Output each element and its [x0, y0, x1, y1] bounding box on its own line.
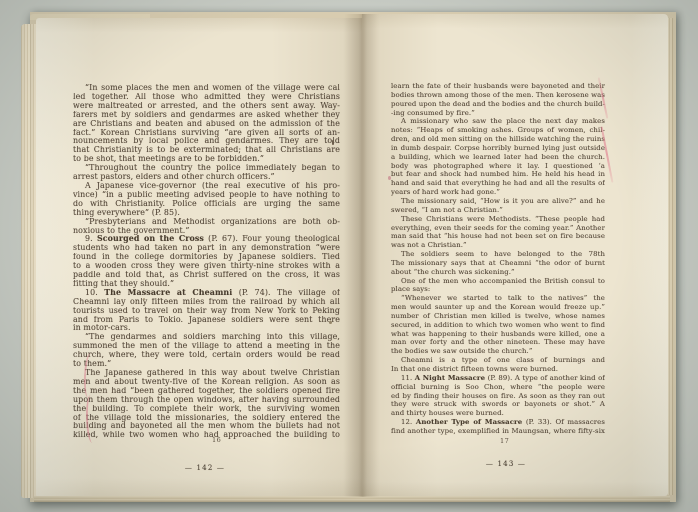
text-line: was not a Christian.”: [391, 241, 605, 250]
page-stack-bottom-edges: [34, 496, 670, 502]
text-line: but fear and shock had numbed him. He he…: [391, 170, 605, 179]
text-line: 10. The Massacre at Cheamni (P. 74). The…: [73, 289, 340, 298]
ink-speck: [143, 298, 145, 300]
text-line: killed, while two women who had approach…: [73, 431, 340, 440]
book-photo-scene: “In some places the men and women of the…: [0, 0, 698, 512]
text-line: find another type, exemplified in Maungs…: [391, 427, 605, 436]
right-page-folio: — 143 —: [466, 460, 546, 468]
text-line: the men had “been gathered together, the…: [73, 387, 340, 396]
page-stack-left-edges: [21, 24, 37, 498]
text-line: official burning is Soo Chon, where “the…: [391, 383, 605, 392]
text-line: “Throughout the country the police immed…: [73, 164, 340, 173]
text-line: were maltreated or arrested, and the oth…: [73, 102, 340, 111]
text-line: man said that “his house had not been se…: [391, 232, 605, 241]
text-line: vince) “in a public meeting advised peop…: [73, 191, 340, 200]
text-line: 11. A Night Massacre (P. 89). A type of …: [391, 374, 605, 383]
right-signature-number: 17: [500, 437, 509, 445]
text-line: a building, which we learned later had b…: [391, 153, 605, 162]
text-line: are Christians and beaten and abused on …: [73, 120, 340, 129]
text-line: of the village told the missionaries, th…: [73, 414, 340, 423]
text-line: “The gendarmes and soldiers marching int…: [73, 333, 340, 342]
text-line: “Presbyterians and Methodist organizatio…: [73, 218, 340, 227]
text-line: church, where, they were told, certain o…: [73, 351, 340, 360]
text-line: bodies thrown among those of the men. Th…: [391, 91, 605, 100]
text-line: learn the fate of their husbands were ba…: [391, 82, 605, 91]
text-line: 12. Another Type of Massacre (P. 33). Of…: [391, 418, 605, 427]
text-line: found in the college dormitories by Japa…: [73, 253, 340, 262]
text-line: place says:: [391, 285, 605, 294]
text-line: in dumb despair. Corpse horribly burned …: [391, 144, 605, 153]
text-line: ed by finding their houses on fire. As s…: [391, 392, 605, 401]
text-line: fitting that they should.”: [73, 280, 340, 289]
text-line: The soldiers seem to have belonged to th…: [391, 250, 605, 259]
text-line: farers met by soldiers and gendarmes are…: [73, 111, 340, 120]
text-line: -ing consumed by fire.”: [391, 109, 605, 118]
text-line: students who had taken no part in any de…: [73, 244, 340, 253]
text-line: In that one district fifteen towns were …: [391, 365, 605, 374]
text-line: everything, even their seeds for the com…: [391, 224, 605, 233]
text-line: years of hard work had gone.”: [391, 188, 605, 197]
text-line: The missionary said, “How is it you are …: [391, 197, 605, 206]
text-line: noxious to the government.”: [73, 227, 340, 236]
text-line: about “the church was sickening.”: [391, 268, 605, 277]
text-line: men would saunter up and the Korean woul…: [391, 303, 605, 312]
text-line: secured, in addition to which two women …: [391, 321, 605, 330]
page-stack-right-edges: [668, 18, 675, 495]
text-line: the building. To complete their work, th…: [73, 405, 340, 414]
text-line: One of the men who accompanied the Briti…: [391, 277, 605, 286]
text-line: to them.”: [73, 360, 340, 369]
text-line: hand and said that everything he had and…: [391, 179, 605, 188]
text-line: arrest pastors, elders and other church …: [73, 173, 340, 182]
text-line: men and about twenty-five of the Korean …: [73, 378, 340, 387]
left-page-folio: — 142 —: [165, 464, 245, 472]
ink-speck: [329, 321, 332, 324]
text-line: to be shot, that meetings are to be forb…: [73, 155, 340, 164]
text-line: Cheamni is a type of one class of burnin…: [391, 356, 605, 365]
text-line: paddle and told that, as Christ suffered…: [73, 271, 340, 280]
text-line: body was photographed where it lay. I qu…: [391, 162, 605, 171]
text-line: nouncements by local police and gendarme…: [73, 137, 340, 146]
text-line: led together. All those who admitted the…: [73, 93, 340, 102]
text-line: upon them through the open windows, afte…: [73, 396, 340, 405]
text-line: building and bayoneted all the men whom …: [73, 422, 340, 431]
text-line: summoned the men of the village to atten…: [73, 342, 340, 351]
text-line: tourists used to travel on their way fro…: [73, 307, 340, 316]
text-line: “Whenever we started to talk to the nati…: [391, 294, 605, 303]
right-page-text: learn the fate of their husbands were ba…: [391, 82, 605, 436]
text-line: The Japanese gathered in this way about …: [73, 369, 340, 378]
text-line: The missionary says that at Cheamni “the…: [391, 259, 605, 268]
text-line: dren, and old men sitting on the hillsid…: [391, 135, 605, 144]
left-page-text: “In some places the men and women of the…: [73, 84, 340, 440]
text-line: to a wooden cross they were given thirty…: [73, 262, 340, 271]
text-line: in motor-cars.: [73, 324, 340, 333]
text-line: swered, “I am not a Christian.”: [391, 206, 605, 215]
ink-speck: [332, 140, 334, 145]
left-signature-number: 16: [212, 436, 221, 444]
text-line: the bodies we saw outside the church.”: [391, 347, 605, 356]
pencil-speck: [388, 176, 391, 180]
text-line: poured upon the dead and the bodies and …: [391, 100, 605, 109]
text-line: number of Christian men killed is twelve…: [391, 312, 605, 321]
text-line: A missionary who saw the place the next …: [391, 117, 605, 126]
text-line: man over forty and the other nineteen. T…: [391, 338, 605, 347]
text-line: Cheamni lay only fifteen miles from the …: [73, 298, 340, 307]
text-line: notes: “Heaps of smoking ashes. Groups o…: [391, 126, 605, 135]
text-line: that Christianity is to be exterminated;…: [73, 146, 340, 155]
text-line: These Christians were Methodists. “These…: [391, 215, 605, 224]
text-line: and thirty houses were burned.: [391, 409, 605, 418]
text-line: 9. Scourged on the Cross (P. 67). Four y…: [73, 235, 340, 244]
text-line: do with Christianity. Police officials a…: [73, 200, 340, 209]
text-line: they were struck with swords or bayonets…: [391, 400, 605, 409]
text-line: thing everywhere” (P. 85).: [73, 209, 340, 218]
text-line: and from Paris to Tokio. Japanese soldie…: [73, 316, 340, 325]
text-line: “In some places the men and women of the…: [73, 84, 340, 93]
text-line: what was happening to their husbands wer…: [391, 330, 605, 339]
text-line: fact.” Korean Christians surviving “are …: [73, 129, 340, 138]
text-line: A Japanese vice-governor (the real execu…: [73, 182, 340, 191]
